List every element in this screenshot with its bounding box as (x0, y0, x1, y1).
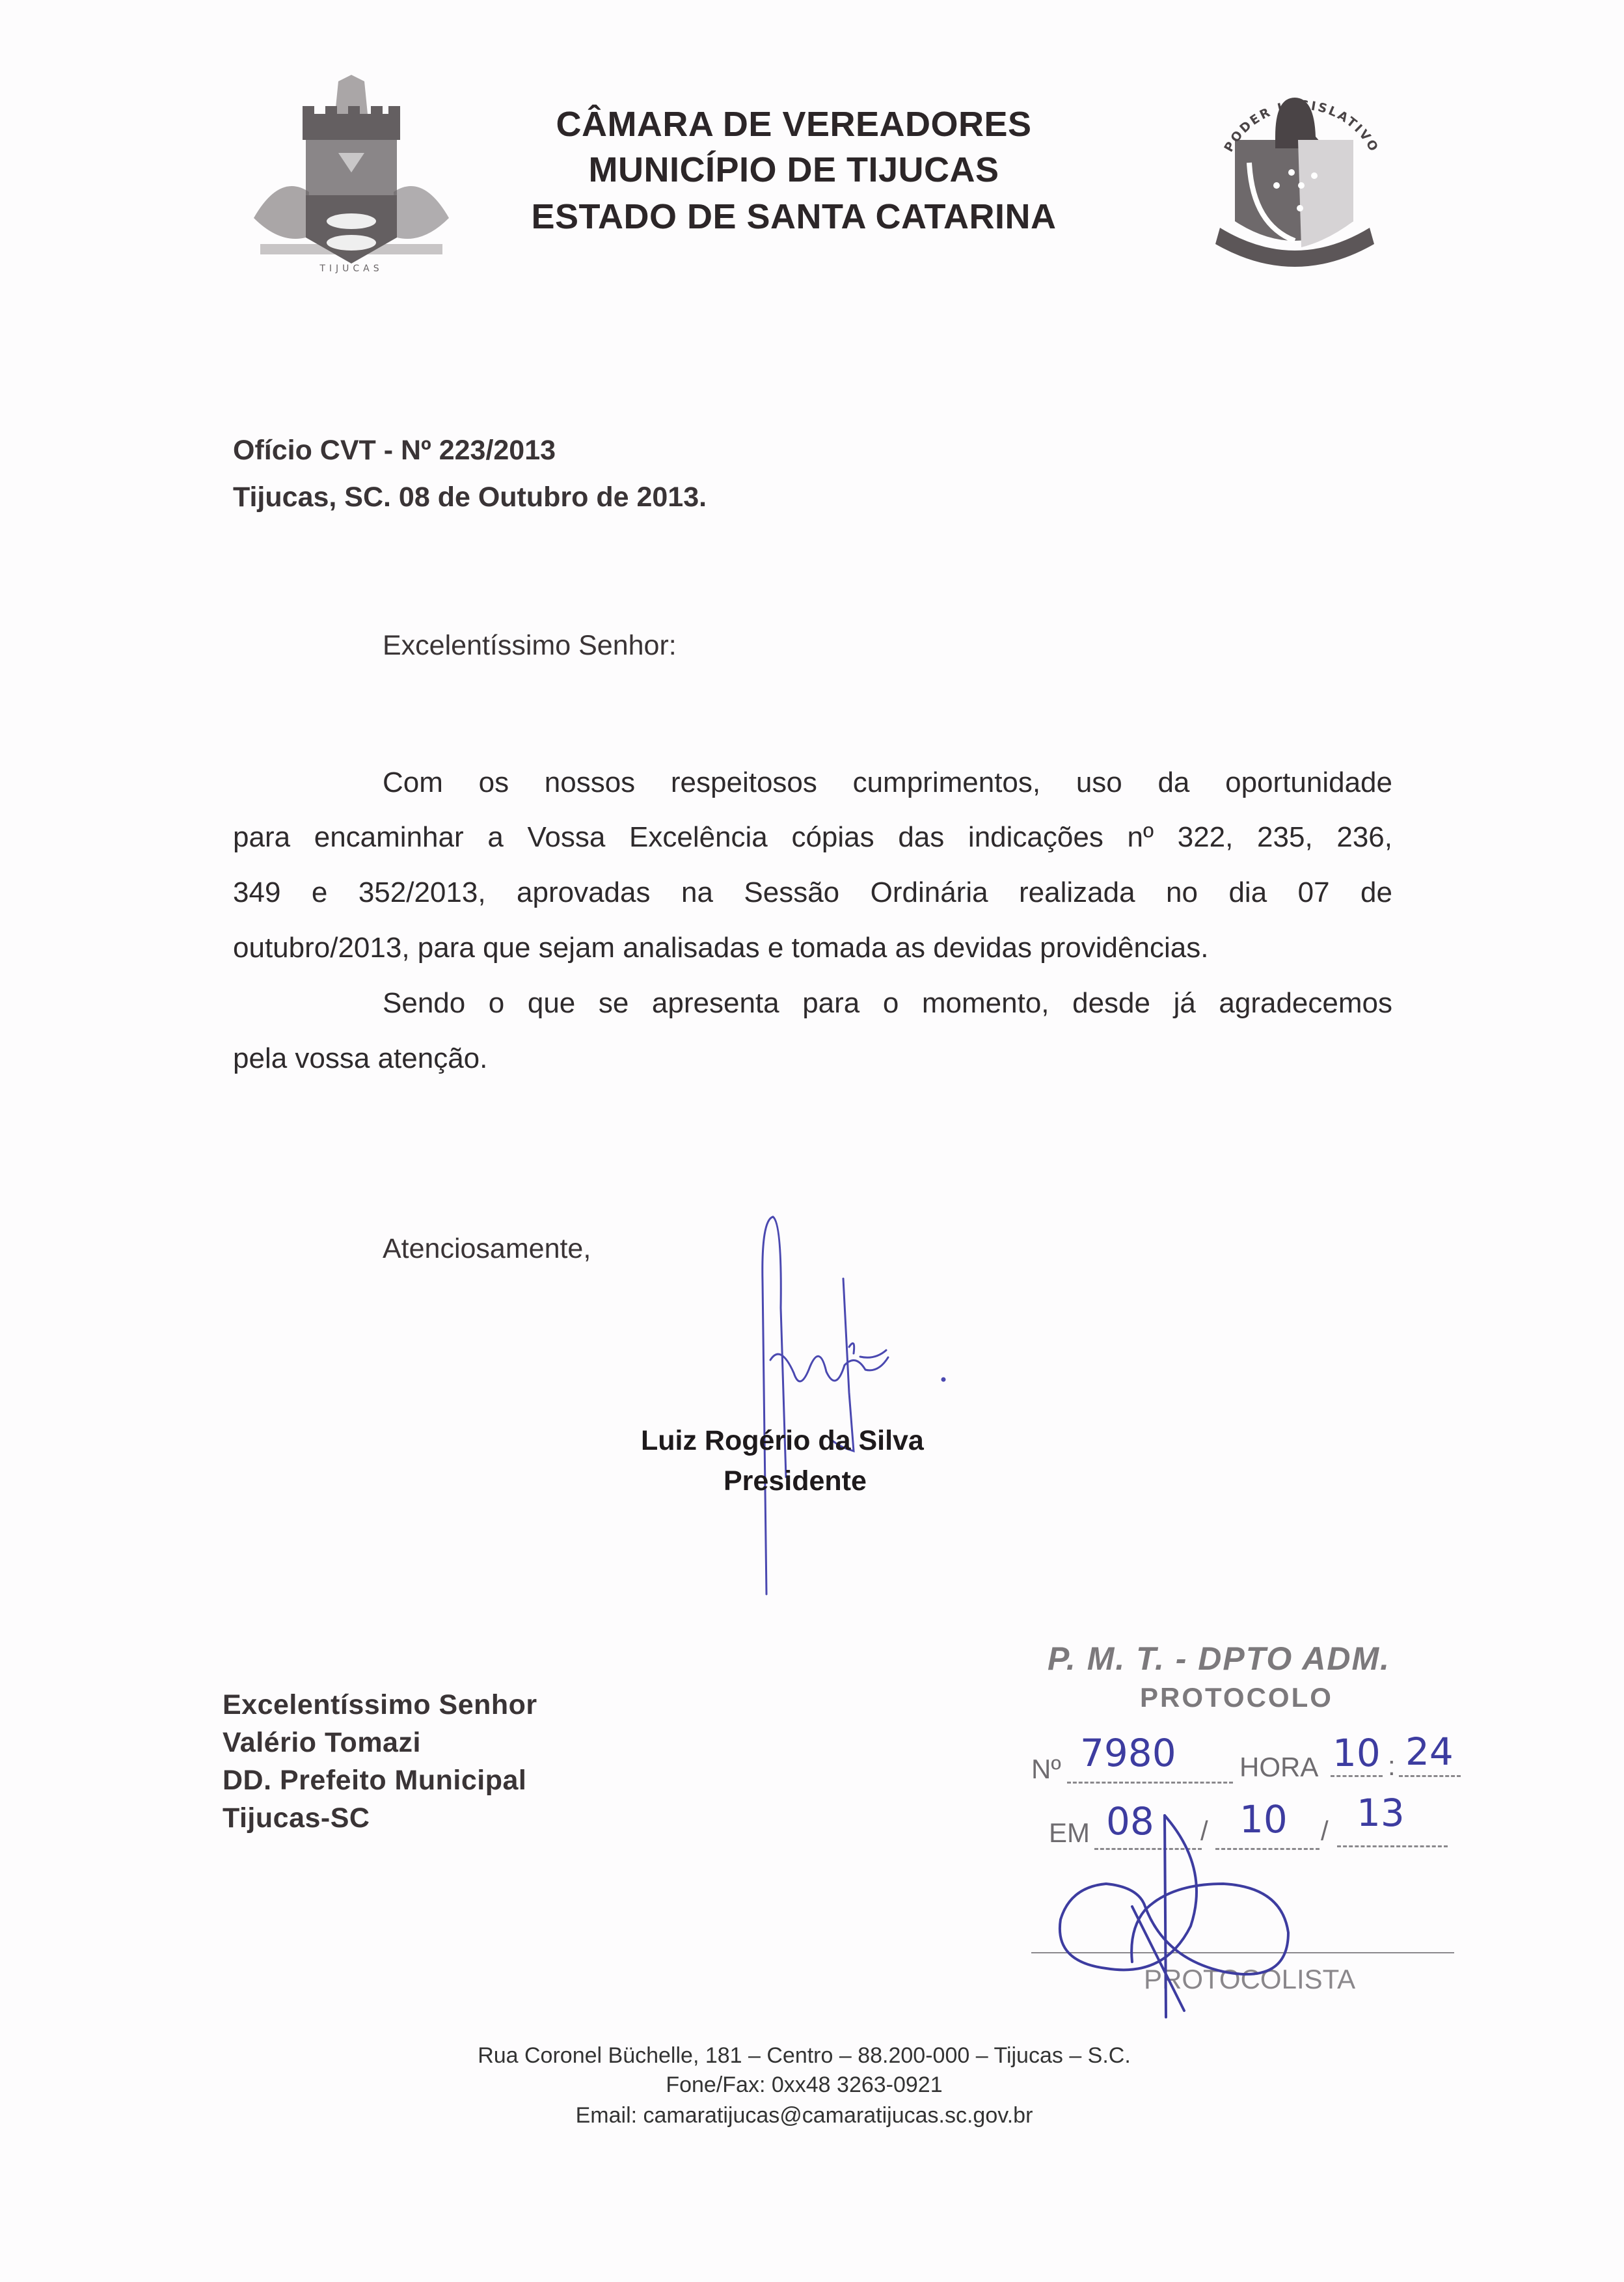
salutation: Excelentíssimo Senhor: (383, 630, 677, 662)
stamp-time-minutes: 24 (1405, 1730, 1454, 1774)
signer-name: Luiz Rogério da Silva (641, 1425, 924, 1457)
protocolist-signature (1015, 1809, 1405, 2017)
stamp-number-label: Nº (1031, 1754, 1061, 1785)
stamp-time-hours: 10 (1333, 1731, 1381, 1775)
stamp-title: PROTOCOLO (1140, 1682, 1333, 1713)
recipient-line: Tijucas-SC (223, 1802, 370, 1834)
paragraph-line: outubro/2013, para que sejam analisadas … (233, 932, 1208, 964)
place-date: Tijucas, SC. 08 de Outubro de 2013. (233, 482, 707, 513)
recipient-line: Valério Tomazi (223, 1727, 421, 1759)
paragraph-line: Sendo o que se apresenta para o momento,… (383, 987, 1392, 1020)
paragraph-line: Com os nossos respeitosos cumprimentos, … (383, 767, 1392, 799)
footer-email[interactable]: Email: camaratijucas@camaratijucas.sc.go… (0, 2103, 1616, 2128)
footer-phone: Fone/Fax: 0xx48 3263-0921 (0, 2072, 1616, 2098)
office-number: Ofício CVT - Nº 223/2013 (233, 435, 556, 467)
recipient-line: Excelentíssimo Senhor (223, 1689, 537, 1721)
stamp-department: P. M. T. - DPTO ADM. (1048, 1640, 1390, 1678)
recipient-line: DD. Prefeito Municipal (223, 1765, 526, 1797)
stamp-time-colon: : (1388, 1750, 1396, 1782)
signer-role: Presidente (724, 1465, 867, 1497)
stamp-hours-rule (1331, 1775, 1383, 1777)
handwritten-signature (716, 1204, 1171, 1607)
paragraph-line: pela vossa atenção. (233, 1042, 487, 1075)
stamp-minutes-rule (1399, 1775, 1461, 1777)
paragraph-line: para encaminhar a Vossa Excelência cópia… (233, 821, 1392, 854)
footer-address: Rua Coronel Büchelle, 181 – Centro – 88.… (0, 2043, 1616, 2069)
closing: Atenciosamente, (383, 1233, 591, 1265)
paragraph-line: 349 e 352/2013, aprovadas na Sessão Ordi… (233, 876, 1392, 909)
stamp-time-label: HORA (1239, 1752, 1318, 1783)
stamp-number-rule (1067, 1782, 1233, 1784)
legislative-power-crest-icon: PODER LEGISLATIVO MUNICIPAL (1204, 65, 1412, 280)
stamp-number-value: 7980 (1080, 1731, 1176, 1775)
svg-text:TIJUCAS: TIJUCAS (319, 264, 383, 274)
